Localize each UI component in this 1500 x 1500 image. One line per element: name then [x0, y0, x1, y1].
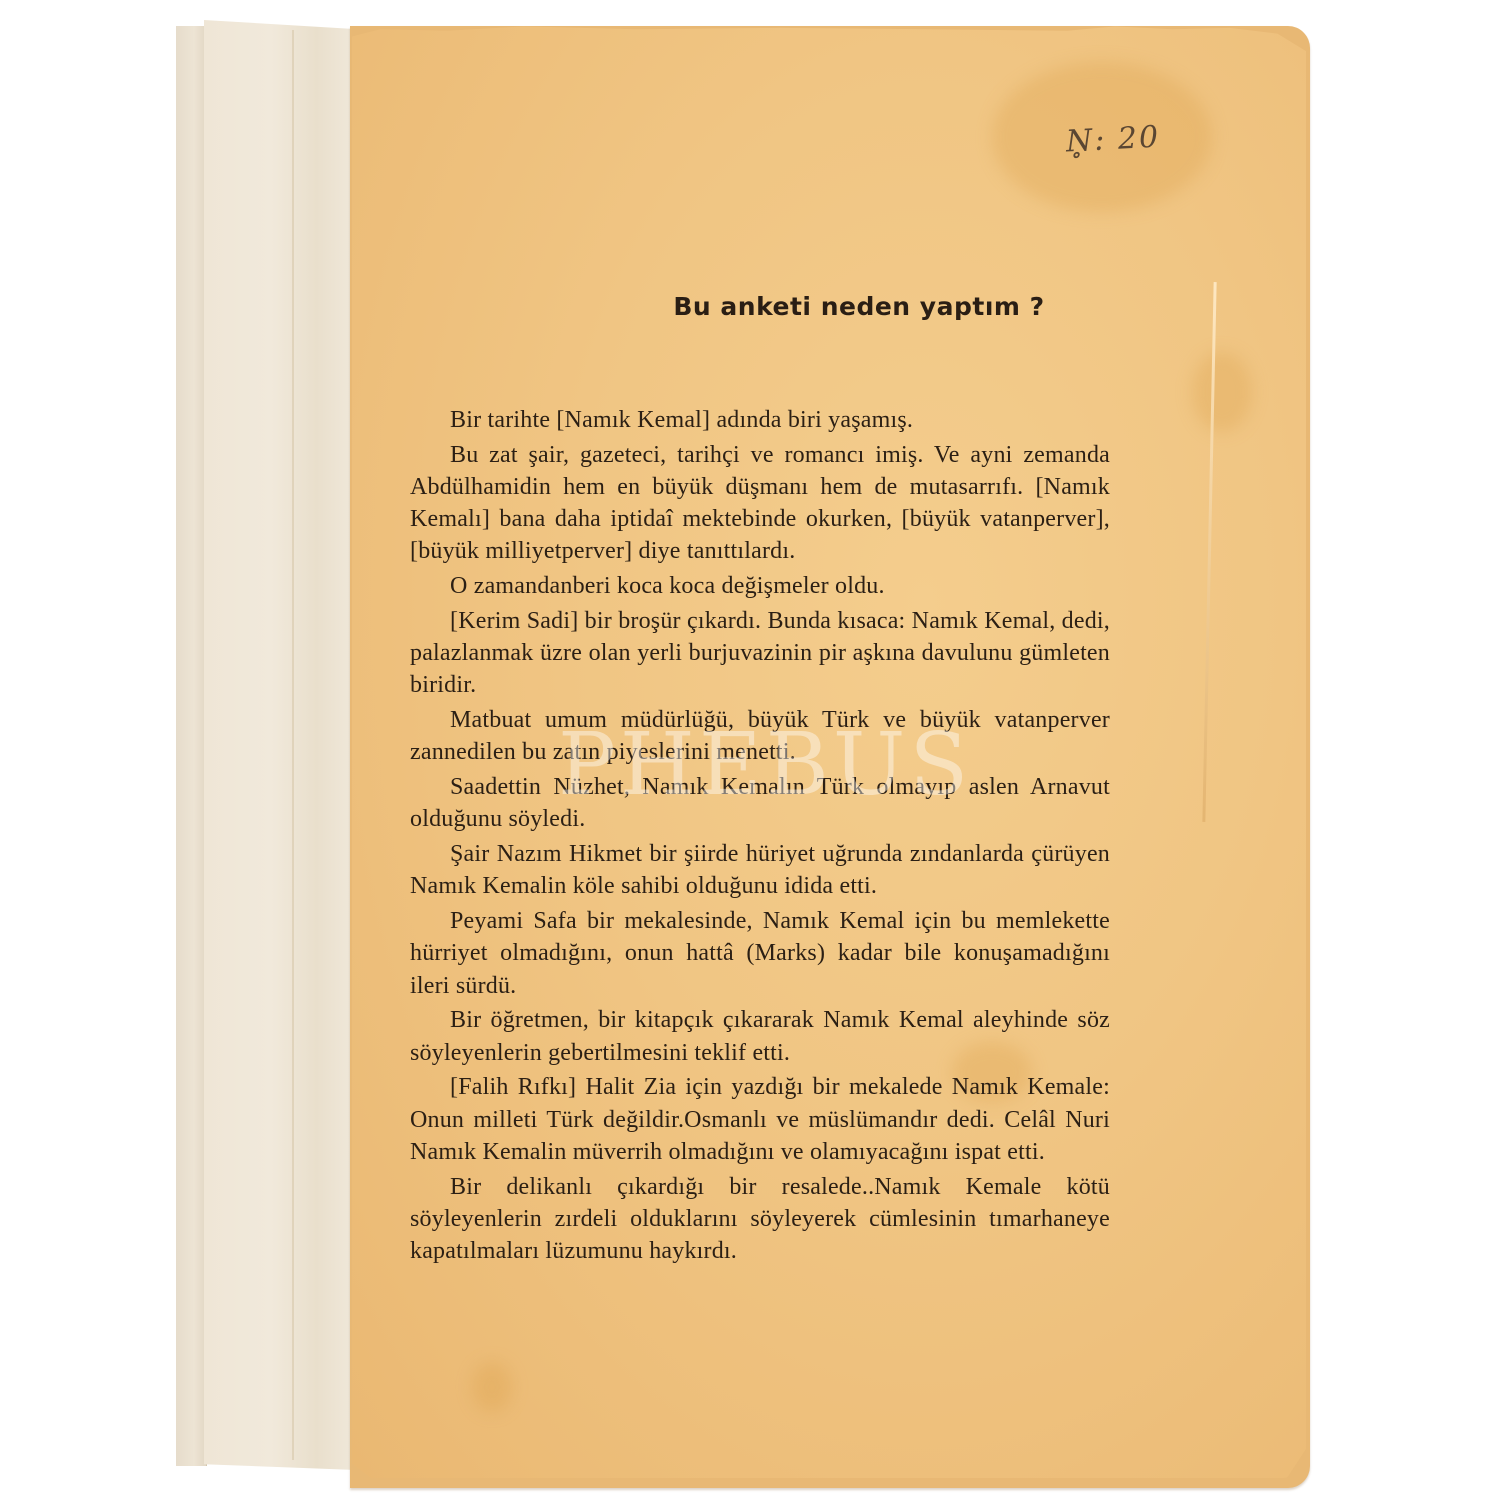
- paragraph: Bir öğretmen, bir kitapçık çıkararak Nam…: [410, 1004, 1110, 1068]
- stain: [472, 1362, 512, 1412]
- document-page: N̥: 20 Bu anketi neden yaptım ? Bir tari…: [352, 22, 1306, 1478]
- paragraph: Bir tarihte [Namık Kemal] adında biri ya…: [410, 404, 1110, 436]
- paragraph: [Falih Rıfkı] Halit Zia için yazdığı bir…: [410, 1071, 1110, 1168]
- paragraph: [Kerim Sadi] bir broşür çıkardı. Bunda k…: [410, 605, 1110, 702]
- page-title: Bu anketi neden yaptım ?: [352, 292, 1306, 321]
- paragraph: Bu zat şair, gazeteci, tarihçi ve romanc…: [410, 439, 1110, 568]
- paragraph: Şair Nazım Hikmet bir şiirde hüriyet uğr…: [410, 838, 1110, 902]
- paragraph: Matbuat umum müdürlüğü, büyük Türk ve bü…: [410, 704, 1110, 768]
- paragraph: O zamandanberi koca koca değişmeler oldu…: [410, 570, 1110, 602]
- paragraph: Saadettin Nüzhet, Namık Kemalın Türk olm…: [410, 771, 1110, 835]
- flyleaf-fold: [292, 30, 294, 1460]
- stain: [1192, 352, 1252, 432]
- paragraph: Bir delikanlı çıkardığı bir resalede..Na…: [410, 1171, 1110, 1268]
- body-text: Bir tarihte [Namık Kemal] adında biri ya…: [410, 404, 1110, 1270]
- flyleaf: [204, 20, 356, 1470]
- handwritten-page-number: N̥: 20: [1065, 120, 1161, 160]
- paragraph: Peyami Safa bir mekalesinde, Namık Kemal…: [410, 905, 1110, 1002]
- back-cover-edge: [176, 26, 207, 1466]
